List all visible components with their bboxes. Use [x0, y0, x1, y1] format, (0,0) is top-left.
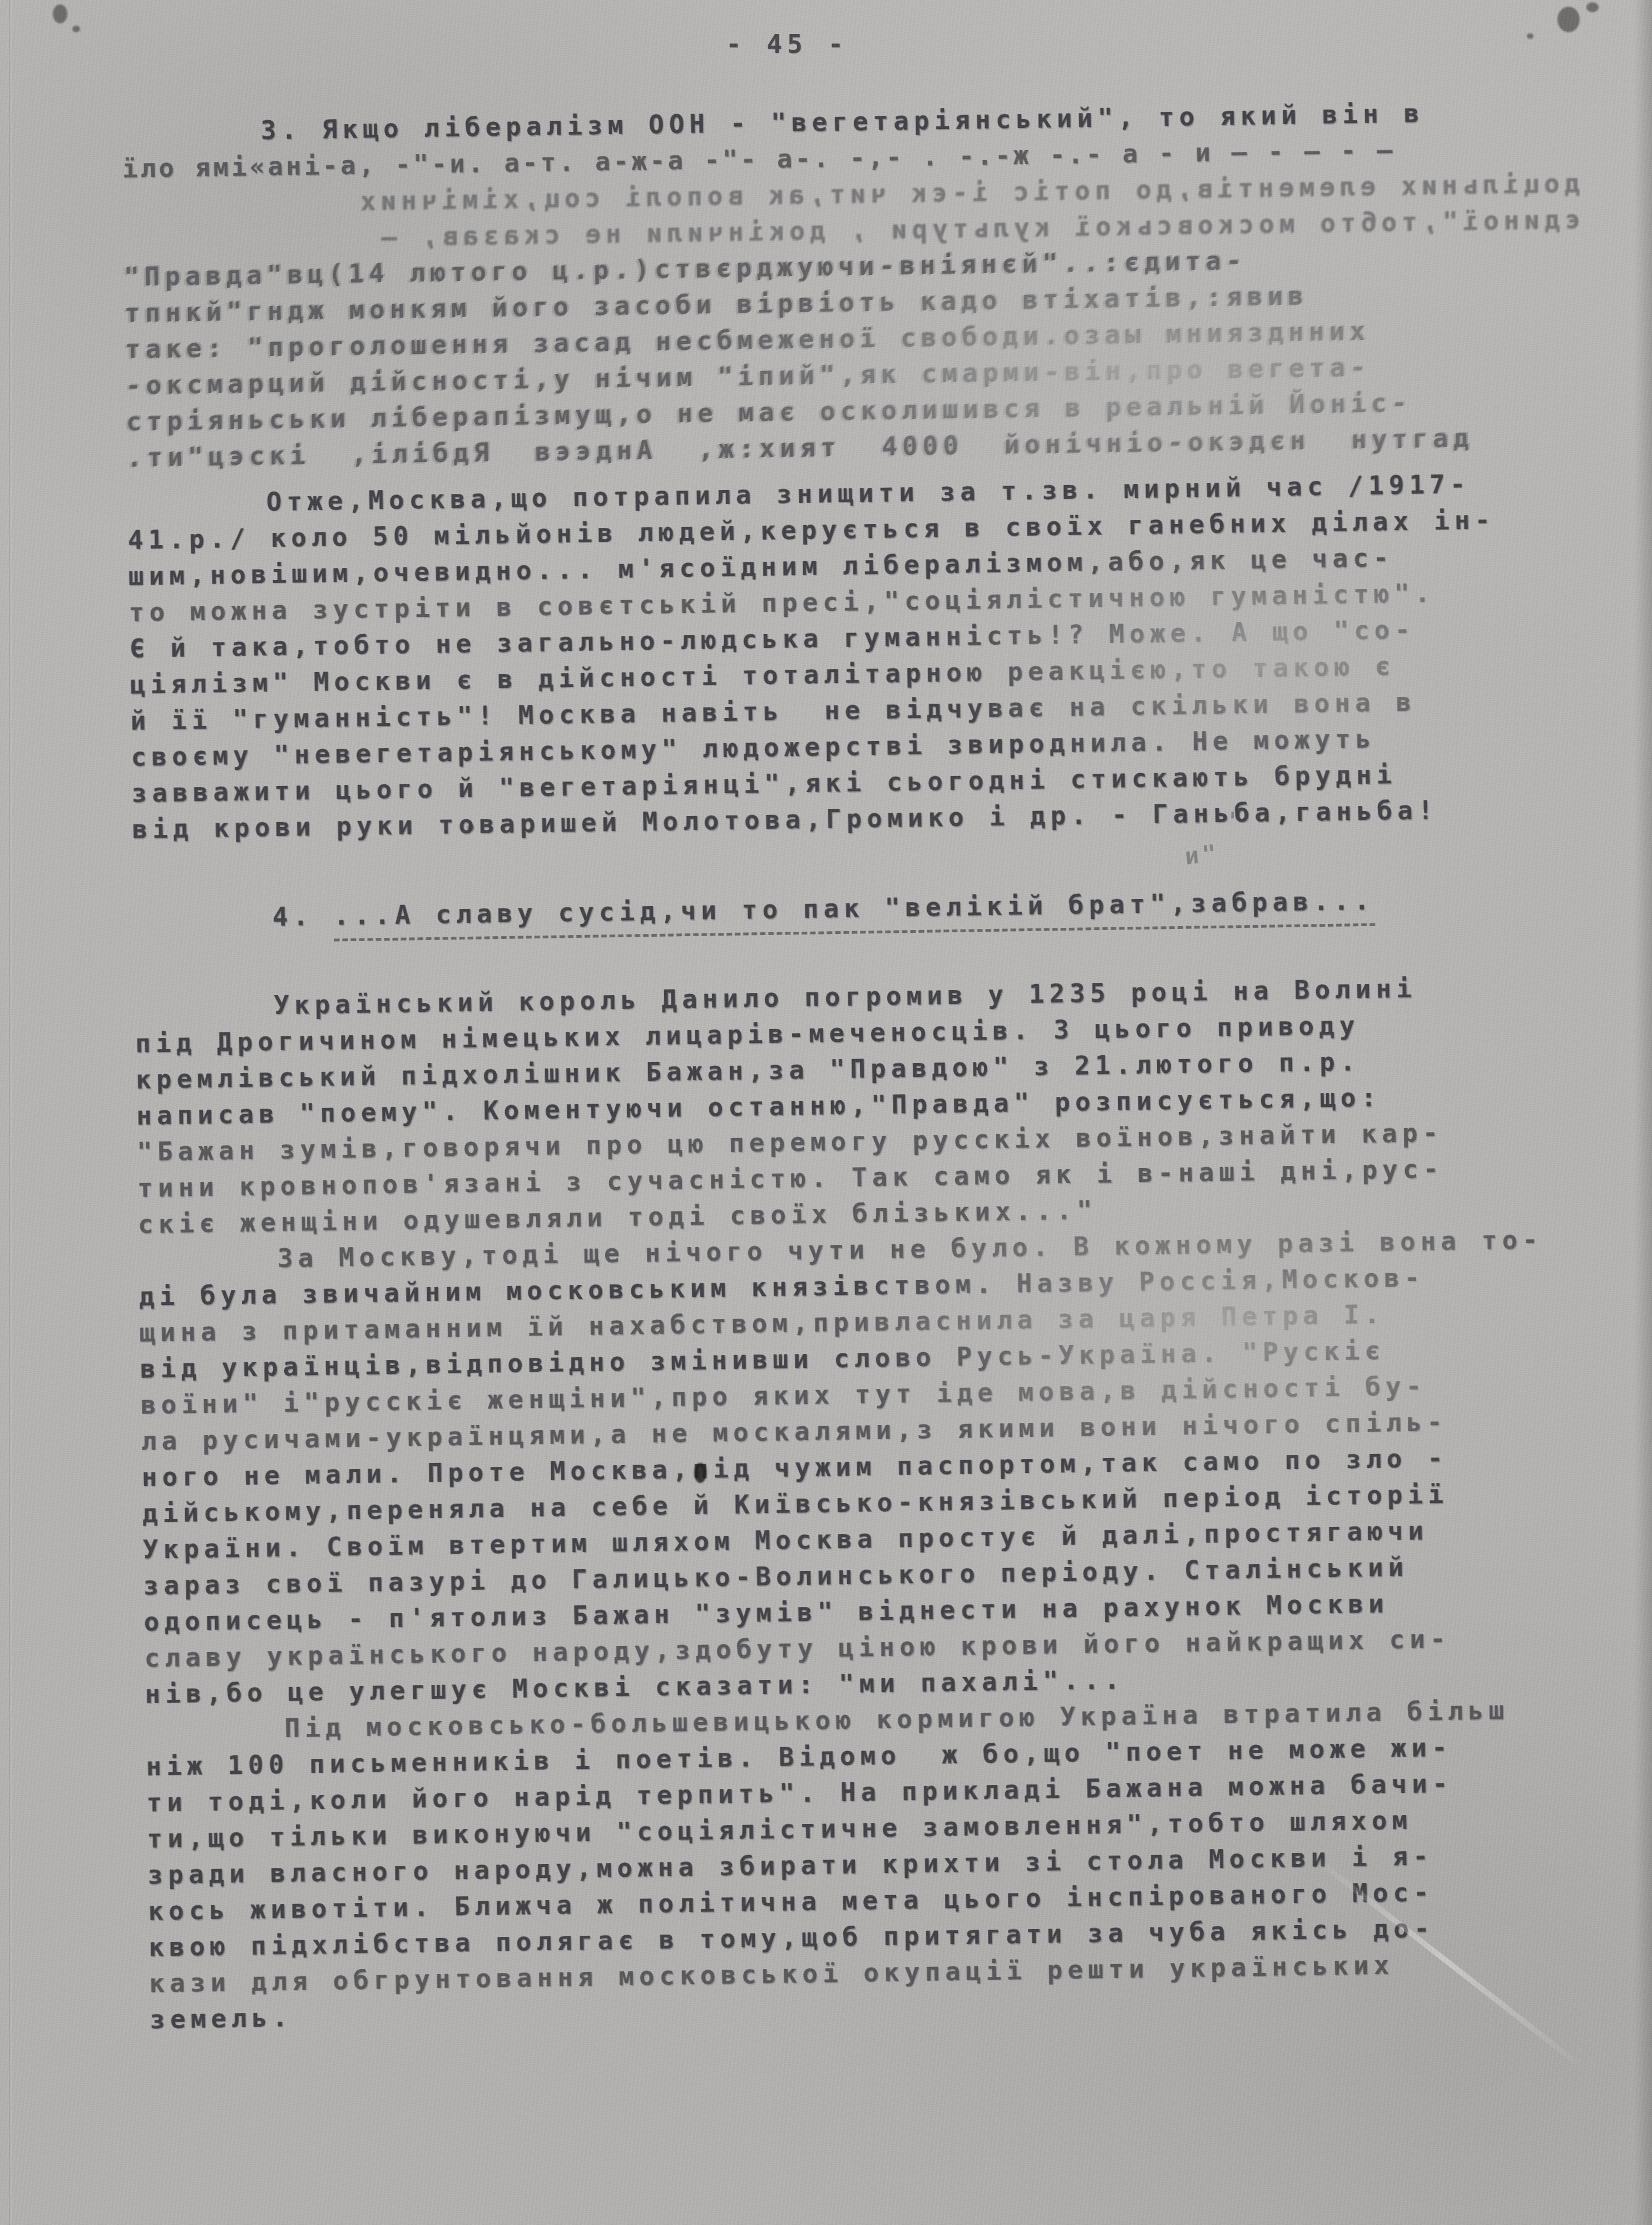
paragraph: Отже,Москва,що потрапила знищити за т.зв… — [127, 464, 1589, 848]
paragraph: 3. Якщо лібералізм ООН - "вегетаріянськи… — [121, 93, 1584, 476]
paragraph: Під московсько-большевицькою кормигою Ук… — [145, 1691, 1607, 2038]
page-number: - 45 - — [0, 29, 1574, 59]
heading-number: 4. — [272, 901, 334, 932]
paragraph: За Москву,тоді ще нічого чути не було. В… — [139, 1221, 1602, 1713]
heading-text: ...А славу сусід,чи то пак "велікій брат… — [334, 886, 1375, 942]
heading-line: 4. ...А славу сусід,чи то пак "велікій б… — [272, 879, 1591, 935]
section-heading: 4. ...А славу сусід,чи то пак "велікій б… — [272, 879, 1591, 935]
paragraph: Український король Данило погромив у 123… — [135, 968, 1595, 1243]
scanned-document-page: { "colors": { "paper": "#b6b5b3", "ink":… — [0, 0, 1652, 2225]
text-body: 3. Якщо лібералізм ООН - "вегетаріянськи… — [121, 93, 1607, 2038]
